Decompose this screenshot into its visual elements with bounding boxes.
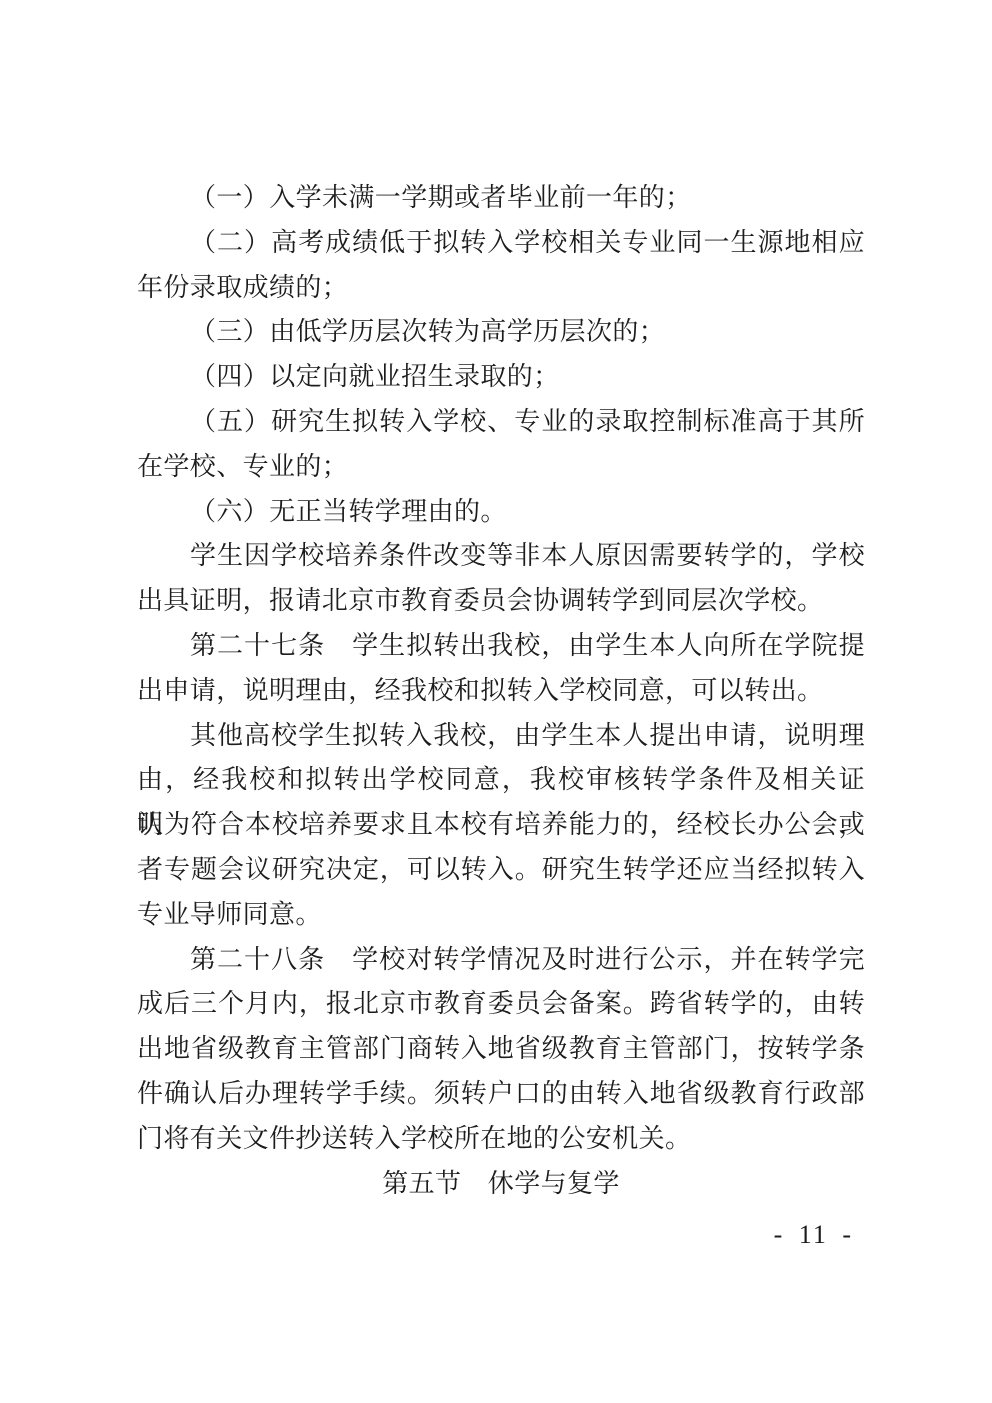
text-line: （二）高考成绩低于拟转入学校相关专业同一生源地相应 — [137, 221, 865, 266]
text-line: 由，经我校和拟转出学校同意，我校审核转学条件及相关证明， — [137, 758, 865, 803]
text-line: 其他高校学生拟转入我校，由学生本人提出申请，说明理 — [137, 714, 865, 759]
paragraph-lines: （一）入学未满一学期或者毕业前一年的；（二）高考成绩低于拟转入学校相关专业同一生… — [137, 176, 865, 1162]
text-line: （六）无正当转学理由的。 — [137, 490, 865, 535]
text-line: 第二十七条 学生拟转出我校，由学生本人向所在学院提 — [137, 624, 865, 669]
text-line: 出申请，说明理由，经我校和拟转入学校同意，可以转出。 — [137, 669, 865, 714]
document-body: （一）入学未满一学期或者毕业前一年的；（二）高考成绩低于拟转入学校相关专业同一生… — [137, 176, 865, 1206]
text-line: 学生因学校培养条件改变等非本人原因需要转学的，学校 — [137, 534, 865, 579]
text-line: 门将有关文件抄送转入学校所在地的公安机关。 — [137, 1117, 865, 1162]
text-line: 出地省级教育主管部门商转入地省级教育主管部门，按转学条 — [137, 1027, 865, 1072]
text-line: （一）入学未满一学期或者毕业前一年的； — [137, 176, 865, 221]
document-page: （一）入学未满一学期或者毕业前一年的；（二）高考成绩低于拟转入学校相关专业同一生… — [0, 0, 992, 1403]
text-line: （三）由低学历层次转为高学历层次的； — [137, 310, 865, 355]
text-line: 认为符合本校培养要求且本校有培养能力的，经校长办公会或 — [137, 803, 865, 848]
text-line: 第二十八条 学校对转学情况及时进行公示，并在转学完 — [137, 938, 865, 983]
text-line: 出具证明，报请北京市教育委员会协调转学到同层次学校。 — [137, 579, 865, 624]
text-line: 成后三个月内，报北京市教育委员会备案。跨省转学的，由转 — [137, 982, 865, 1027]
section-heading: 第五节 休学与复学 — [137, 1162, 865, 1207]
text-line: 在学校、专业的； — [137, 445, 865, 490]
text-line: （五）研究生拟转入学校、专业的录取控制标准高于其所 — [137, 400, 865, 445]
text-line: 专业导师同意。 — [137, 893, 865, 938]
text-line: 者专题会议研究决定，可以转入。研究生转学还应当经拟转入 — [137, 848, 865, 893]
text-line: 件确认后办理转学手续。须转户口的由转入地省级教育行政部 — [137, 1072, 865, 1117]
page-number: - 11 - — [137, 1220, 853, 1250]
text-line: 年份录取成绩的； — [137, 266, 865, 311]
text-line: （四）以定向就业招生录取的； — [137, 355, 865, 400]
